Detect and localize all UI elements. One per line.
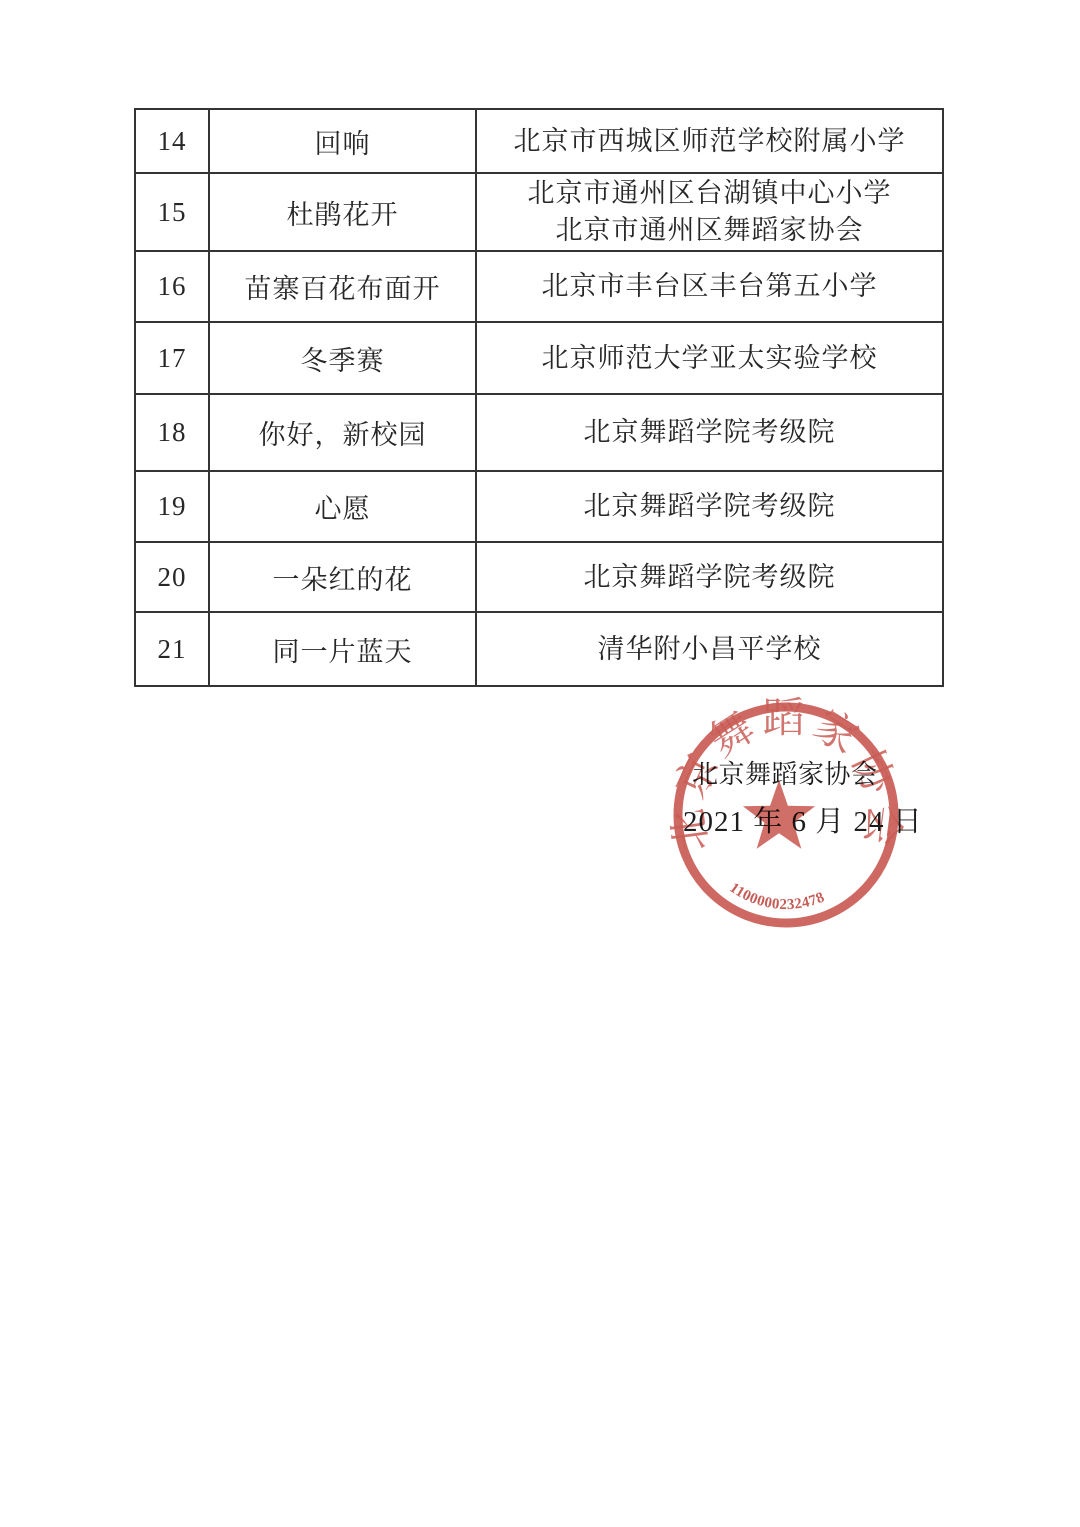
row-number: 17 (135, 322, 209, 394)
organization-cell: 北京舞蹈学院考级院 (476, 542, 943, 612)
organization-name: 北京市通州区舞蹈家协会 (477, 212, 942, 249)
work-title: 同一片蓝天 (209, 612, 476, 686)
organization-cell: 北京市西城区师范学校附属小学 (476, 109, 943, 173)
organization-cell: 北京舞蹈学院考级院 (476, 394, 943, 471)
row-number: 16 (135, 251, 209, 322)
organization-cell: 北京市丰台区丰台第五小学 (476, 251, 943, 322)
table-row: 18你好，新校园北京舞蹈学院考级院 (135, 394, 943, 471)
row-number: 20 (135, 542, 209, 612)
works-table: 14回响北京市西城区师范学校附属小学15杜鹃花开北京市通州区台湖镇中心小学北京市… (134, 108, 944, 687)
organization-name: 清华附小昌平学校 (477, 631, 942, 668)
organization-cell: 北京师范大学亚太实验学校 (476, 322, 943, 394)
organization-name: 北京舞蹈学院考级院 (477, 414, 942, 451)
table-row: 20一朵红的花北京舞蹈学院考级院 (135, 542, 943, 612)
organization-cell: 北京舞蹈学院考级院 (476, 471, 943, 542)
table-row: 14回响北京市西城区师范学校附属小学 (135, 109, 943, 173)
svg-text:1100000232478: 1100000232478 (726, 880, 827, 913)
table-row: 16苗寨百花布面开北京市丰台区丰台第五小学 (135, 251, 943, 322)
table-row: 19心愿北京舞蹈学院考级院 (135, 471, 943, 542)
organization-cell: 北京市通州区台湖镇中心小学北京市通州区舞蹈家协会 (476, 173, 943, 251)
organization-name: 北京市西城区师范学校附属小学 (477, 123, 942, 160)
organization-name: 北京舞蹈学院考级院 (477, 488, 942, 525)
row-number: 18 (135, 394, 209, 471)
work-title: 冬季赛 (209, 322, 476, 394)
organization-name: 北京舞蹈学院考级院 (477, 559, 942, 596)
signature-issuer: 北京舞蹈家协会 (692, 754, 878, 791)
row-number: 15 (135, 173, 209, 251)
work-title: 你好，新校园 (209, 394, 476, 471)
work-title: 苗寨百花布面开 (209, 251, 476, 322)
organization-name: 北京市丰台区丰台第五小学 (477, 268, 942, 305)
table-row: 15杜鹃花开北京市通州区台湖镇中心小学北京市通州区舞蹈家协会 (135, 173, 943, 251)
signature-date: 2021 年 6 月 24 日 (683, 799, 923, 840)
row-number: 14 (135, 109, 209, 173)
scanned-document-page: 14回响北京市西城区师范学校附属小学15杜鹃花开北京市通州区台湖镇中心小学北京市… (0, 0, 1080, 1527)
table-row: 17冬季赛北京师范大学亚太实验学校 (135, 322, 943, 394)
work-title: 一朵红的花 (209, 542, 476, 612)
work-title: 回响 (209, 109, 476, 173)
table-row: 21同一片蓝天清华附小昌平学校 (135, 612, 943, 686)
work-title: 杜鹃花开 (209, 173, 476, 251)
seal-serial-number: 1100000232478 (726, 880, 827, 913)
organization-cell: 清华附小昌平学校 (476, 612, 943, 686)
row-number: 19 (135, 471, 209, 542)
works-table-body: 14回响北京市西城区师范学校附属小学15杜鹃花开北京市通州区台湖镇中心小学北京市… (135, 109, 943, 686)
work-title: 心愿 (209, 471, 476, 542)
organization-name: 北京市通州区台湖镇中心小学 (477, 175, 942, 212)
row-number: 21 (135, 612, 209, 686)
organization-name: 北京师范大学亚太实验学校 (477, 340, 942, 377)
